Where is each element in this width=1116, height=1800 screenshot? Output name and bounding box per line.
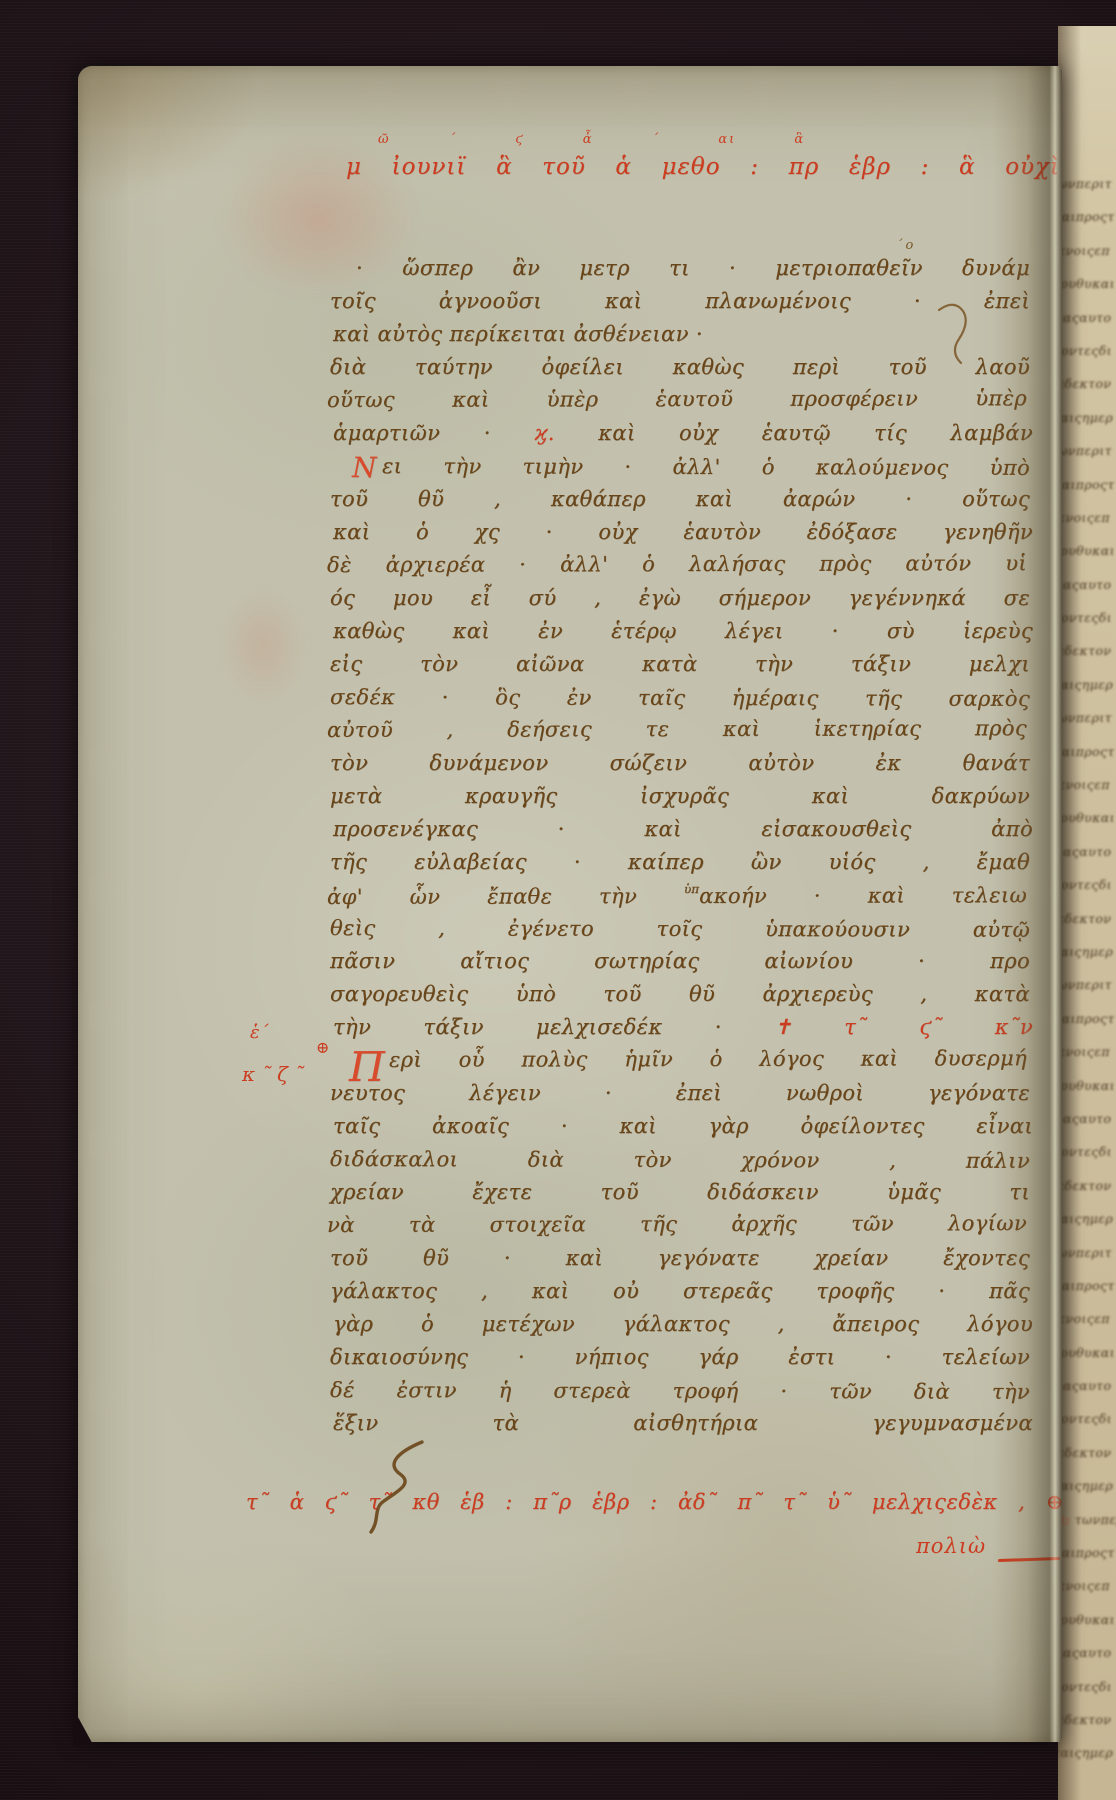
facing-page-line: χοντεςδι — [1058, 1679, 1116, 1712]
facing-page-line: τωνπεριτ — [1058, 977, 1116, 1010]
facing-page-line: καιπροςτ — [1058, 477, 1116, 510]
ink-segment: δέ ἐστιν ἡ στερεὰ τροφή · τῶν διὰ τὴν — [330, 1378, 1030, 1404]
facing-page-line: τουθυκαι — [1058, 810, 1116, 843]
heading-superscripts: ῶ ΄ ϛ ἆ ΄ αι ἃ — [378, 132, 1018, 147]
text-line: τοῦ θῦ , καθάπερ καὶ ἀαρών · οὕτως — [330, 487, 1030, 520]
ink-segment: τὴν τάξιν μελχισεδέκ · — [333, 1015, 774, 1039]
margin-mark-kappa-zeta: κ῀ζ῀ — [242, 1062, 310, 1086]
ink-segment: πᾶσιν αἴτιος σωτηρίας αἰωνίου · προ — [330, 949, 1030, 973]
rubric-segment: ϗ. — [534, 421, 555, 445]
facing-page-line: μενοιςεπ — [1058, 1044, 1116, 1077]
facing-page-line: ςεδεκτον — [1058, 643, 1116, 676]
facing-page-line: πε: τωνπεριτ — [1058, 1512, 1116, 1545]
ink-segment: δικαιοσύνης · νήπιος γάρ ἐστι · τελείων — [330, 1345, 1030, 1369]
facing-page-line: καιπροςτ — [1058, 744, 1116, 777]
text-line: προσενέγκας · καὶ εἰσακουσθεὶς ἀπὸ — [333, 817, 1033, 850]
ink-segment: δὲ ἀρχιερέα · ἀλλ' ὁ λαλήσας πρὸς αὐτόν … — [327, 551, 1027, 577]
facing-page-line: μενοιςεπ — [1058, 1578, 1116, 1611]
ink-segment: ὑπ — [684, 882, 699, 896]
ink-segment: καθὼς καὶ ἐν ἑτέρῳ λέγει · σὺ ἱερεὺς — [333, 619, 1033, 643]
facing-page-line: τωνπεριτ — [1058, 443, 1116, 476]
ink-segment: οὕτως καὶ ὑπὲρ ἑαυτοῦ προσφέρειν ὑπὲρ — [327, 386, 1027, 412]
ink-segment: τοῖς ἀγνοοῦσι καὶ πλανωμένοις · ἐπεὶ — [330, 289, 1030, 313]
ink-segment: εἰς τὸν αἰῶνα κατὰ τὴν τάξιν μελχι — [330, 652, 1030, 676]
facing-page-line: ταιςημερ — [1058, 944, 1116, 977]
facing-page-line: τωνπεριτ — [1058, 710, 1116, 743]
text-line: θεὶς , ἐγένετο τοῖς ὑπακούουσιν αὐτῷ — [330, 916, 1030, 951]
ink-segment: καὶ οὐχ ἑαυτῷ τίς λαμβάν — [555, 421, 1033, 445]
facing-page-line: ταιςημερ — [1058, 1478, 1116, 1511]
text-line: δὲ ἀρχιερέα · ἀλλ' ὁ λαλήσας πρὸς αὐτόν … — [327, 551, 1027, 586]
text-line: νευτος λέγειν · ἐπεὶ νωθροὶ γεγόνατε — [330, 1081, 1030, 1114]
ink-segment: τῆς εὐλαβείας · καίπερ ὢν υἱός , ἔμαθ — [330, 850, 1030, 874]
ink-segment: ἕξιν τὰ αἰσθητήρια γεγυμνασμένα — [333, 1411, 1033, 1435]
facing-page-line: ριαςαυτο — [1058, 1378, 1116, 1411]
ink-segment: τοῦ θῦ · καὶ γεγόνατε χρείαν ἔχοντες — [330, 1246, 1030, 1270]
facing-page-line: τωνπεριτ — [1058, 176, 1116, 209]
margin-note-omicron: ΄ο — [896, 238, 916, 253]
text-line: νὰ τὰ στοιχεῖα τῆς ἀρχῆς τῶν λογίων — [327, 1211, 1027, 1246]
ink-segment: · ὥσπερ ἂν μετρ τι · μετριοπαθεῖν δυνάμ — [356, 256, 1030, 280]
facing-page-line: χοντεςδι — [1058, 343, 1116, 376]
ink-segment: τοῦ θῦ , καθάπερ καὶ ἀαρών · οὕτως — [330, 487, 1030, 511]
text-line: ἀφ' ὧν ἔπαθε τὴν ὑπακοήν · καὶ τελειω — [327, 881, 1027, 916]
ink-segment: ός μου εἶ σύ , ἐγὼ σήμερον γεγέννηκά σε — [330, 586, 1030, 610]
facing-page-line: μενοιςεπ — [1058, 777, 1116, 810]
lection-rubric-line1: τ῀ ἁ ϛ῀ τ῀ κθ ἑβ : π῀ρ ἑβρ : ἀδ῀ π῀ τ῀ ὑ… — [246, 1490, 1064, 1514]
margin-mark-cross-circle-icon: ⊕ — [316, 1038, 329, 1057]
text-line: τῆς εὐλαβείας · καίπερ ὢν υἱός , ἔμαθ — [330, 850, 1030, 883]
text-line: ός μου εἶ σύ , ἐγὼ σήμερον γεγέννηκά σε — [330, 586, 1030, 619]
facing-page-text: τωνπεριτκαιπροςτμενοιςεπτουθυκαιριαςαυτο… — [1058, 176, 1116, 1779]
text-line: σαγορευθεὶς ὑπὸ τοῦ θῦ ἀρχιερεὺς , κατὰ — [330, 982, 1030, 1015]
ink-segment: καὶ αὐτὸς περίκειται ἀσθένειαν · — [333, 322, 703, 346]
facing-page-line: ςεδεκτον — [1058, 376, 1116, 409]
ink-segment: γάλακτος , καὶ οὐ στερεᾶς τροφῆς · πᾶς — [330, 1279, 1030, 1303]
manuscript-page: ῶ ΄ ϛ ἆ ΄ αι ἃ μ ἰουνιϊ ἃ τοῦ ἁ μεθο : π… — [78, 66, 1062, 1742]
text-line: χρείαν ἔχετε τοῦ διδάσκειν ὑμᾶς τι — [330, 1180, 1030, 1213]
facing-page-line: μενοιςεπ — [1058, 243, 1116, 276]
ink-segment: διδάσκαλοι διὰ τὸν χρόνον , πάλιν — [330, 1147, 1030, 1173]
text-line: δέ ἐστιν ἡ στερεὰ τροφή · τῶν διὰ τὴν — [330, 1378, 1030, 1413]
facing-page-line: ταιςημερ — [1058, 410, 1116, 443]
ink-segment: ερὶ οὗ πολὺς ἡμῖν ὁ λόγος καὶ δυσερμή — [389, 1046, 1027, 1072]
text-line: Νει τὴν τιμὴν · ἀλλ' ὁ καλούμενος ὑπὸ — [330, 454, 1030, 489]
facing-page-line: μενοιςεπ — [1058, 1311, 1116, 1344]
text-line: δικαιοσύνης · νήπιος γάρ ἐστι · τελείων — [330, 1345, 1030, 1378]
facing-page-line: ταιςημερ — [1058, 677, 1116, 710]
facing-page-line: χοντεςδι — [1058, 877, 1116, 910]
text-line: διδάσκαλοι διὰ τὸν χρόνον , πάλιν — [330, 1147, 1030, 1182]
ink-segment: ακοήν · καὶ τελειω — [699, 883, 1027, 908]
text-line: τοῖς ἀγνοοῦσι καὶ πλανωμένοις · ἐπεὶ — [330, 289, 1030, 322]
text-line: ἕξιν τὰ αἰσθητήρια γεγυμνασμένα — [333, 1411, 1033, 1444]
facing-page-line: τουθυκαι — [1058, 1345, 1116, 1378]
facing-page-edge: τωνπεριτκαιπροςτμενοιςεπτουθυκαιριαςαυτο… — [1058, 26, 1116, 1800]
ink-segment: μετὰ κραυγῆς ἰσχυρᾶς καὶ δακρύων — [330, 784, 1030, 808]
facing-page-line: καιπροςτ — [1058, 209, 1116, 242]
ink-segment: αὐτοῦ , δεήσεις τε καὶ ἱκετηρίας πρὸς — [327, 716, 1027, 742]
facing-page-line: τουθυκαι — [1058, 543, 1116, 576]
ink-segment: διὰ ταύτην ὀφείλει καθὼς περὶ τοῦ λαοῦ — [330, 355, 1030, 379]
text-line: καὶ ὁ χς · οὐχ ἑαυτὸν ἐδόξασε γενηθῆν — [333, 520, 1033, 553]
main-text-block: · ὥσπερ ἂν μετρ τι · μετριοπαθεῖν δυνάμτ… — [330, 256, 1030, 1444]
facing-page-line: ριαςαυτο — [1058, 844, 1116, 877]
facing-page-line: τωνπεριτ — [1058, 1245, 1116, 1278]
facing-page-line: τουθυκαι — [1058, 1078, 1116, 1111]
text-line: πᾶσιν αἴτιος σωτηρίας αἰωνίου · προ — [330, 949, 1030, 982]
text-line: τὴν τάξιν μελχισεδέκ · ✝ τ῀ ϛ῀ κ῀ν — [333, 1015, 1033, 1048]
facing-page-line: χοντεςδι — [1058, 1411, 1116, 1444]
facing-page-line: τουθυκαι — [1058, 276, 1116, 309]
facing-page-line: χοντεςδι — [1058, 610, 1116, 643]
facing-page-line: καιπροςτ — [1058, 1278, 1116, 1311]
ink-segment: ἀφ' ὧν ἔπαθε τὴν — [327, 884, 684, 909]
facing-page-line: ςεδεκτον — [1058, 911, 1116, 944]
text-line: τοῦ θῦ · καὶ γεγόνατε χρείαν ἔχοντες — [330, 1246, 1030, 1279]
facing-page-line: ριαςαυτο — [1058, 1111, 1116, 1144]
text-line: ταῖς ἀκοαῖς · καὶ γὰρ ὀφείλοντες εἶναι — [333, 1114, 1033, 1147]
ink-segment: θεὶς , ἐγένετο τοῖς ὑπακούουσιν αὐτῷ — [330, 916, 1030, 942]
text-line: εἰς τὸν αἰῶνα κατὰ τὴν τάξιν μελχι — [330, 652, 1030, 685]
text-line: οὕτως καὶ ὑπὲρ ἑαυτοῦ προσφέρειν ὑπὲρ — [327, 386, 1027, 421]
torn-corner-notch — [73, 1708, 93, 1746]
ink-segment: γὰρ ὁ μετέχων γάλακτος , ἄπειρος λόγου — [333, 1312, 1033, 1336]
ink-segment: χρείαν ἔχετε τοῦ διδάσκειν ὑμᾶς τι — [330, 1180, 1030, 1204]
text-line: καὶ αὐτὸς περίκειται ἀσθένειαν · — [333, 322, 1033, 355]
ink-segment: προσενέγκας · καὶ εἰσακουσθεὶς ἀπὸ — [333, 817, 1033, 841]
lection-rubric-line2: πολιὼ — [916, 1534, 986, 1558]
facing-page-line: ταιςημερ — [1058, 1745, 1116, 1778]
margin-mark-epsilon: ἑ´ — [250, 1022, 269, 1043]
rubric-heading: μ ἰουνιϊ ἃ τοῦ ἁ μεθο : πρ ἑβρ : ἃ οὐχὶ — [346, 154, 1060, 180]
text-line: καθὼς καὶ ἐν ἑτέρῳ λέγει · σὺ ἱερεὺς — [333, 619, 1033, 652]
ink-segment: ἁμαρτιῶν · — [333, 421, 534, 445]
text-line: τὸν δυνάμενον σώζειν αὐτὸν ἐκ θανάτ — [330, 751, 1030, 784]
page-curl-shadow — [992, 66, 1062, 1742]
text-line: ἁμαρτιῶν · ϗ. καὶ οὐχ ἑαυτῷ τίς λαμβάν — [333, 421, 1033, 454]
facing-page-line: καιπροςτ — [1058, 1011, 1116, 1044]
facing-page-line: μενοιςεπ — [1058, 510, 1116, 543]
text-line: διὰ ταύτην ὀφείλει καθὼς περὶ τοῦ λαοῦ — [330, 355, 1030, 388]
red-offset-stain-small — [218, 586, 308, 706]
text-line: γάλακτος , καὶ οὐ στερεᾶς τροφῆς · πᾶς — [330, 1279, 1030, 1312]
ink-segment: ταῖς ἀκοαῖς · καὶ γὰρ ὀφείλοντες εἶναι — [333, 1114, 1033, 1138]
text-line: σεδέκ · ὃς ἐν ταῖς ἡμέραις τῆς σαρκὸς — [330, 685, 1030, 720]
facing-page-line: ςεδεκτον — [1058, 1445, 1116, 1478]
facing-page-line: ςεδεκτον — [1058, 1712, 1116, 1745]
manuscript-photo: τωνπεριτκαιπροςτμενοιςεπτουθυκαιριαςαυτο… — [0, 0, 1116, 1800]
text-line: Περὶ οὗ πολὺς ἡμῖν ὁ λόγος καὶ δυσερμή — [327, 1046, 1027, 1081]
facing-page-line: τουθυκαι — [1058, 1612, 1116, 1645]
ink-segment: νευτος λέγειν · ἐπεὶ νωθροὶ γεγόνατε — [330, 1081, 1030, 1105]
text-line: αὐτοῦ , δεήσεις τε καὶ ἱκετηρίας πρὸς — [327, 716, 1027, 751]
facing-page-line: ριαςαυτο — [1058, 310, 1116, 343]
facing-page-line: ςεδεκτον — [1058, 1178, 1116, 1211]
rubricated-initial: Ν — [352, 451, 377, 484]
ink-segment: τὸν δυνάμενον σώζειν αὐτὸν ἐκ θανάτ — [330, 751, 1030, 775]
text-line: γὰρ ὁ μετέχων γάλακτος , ἄπειρος λόγου — [333, 1312, 1033, 1345]
facing-page-line: ριαςαυτο — [1058, 1645, 1116, 1678]
ink-segment: σεδέκ · ὃς ἐν ταῖς ἡμέραις τῆς σαρκὸς — [330, 685, 1030, 711]
facing-page-line: χοντεςδι — [1058, 1144, 1116, 1177]
text-line: μετὰ κραυγῆς ἰσχυρᾶς καὶ δακρύων — [330, 784, 1030, 817]
facing-page-line: ριαςαυτο — [1058, 577, 1116, 610]
ink-segment: καὶ ὁ χς · οὐχ ἑαυτὸν ἐδόξασε γενηθῆν — [333, 520, 1033, 544]
facing-page-line: ταιςημερ — [1058, 1211, 1116, 1244]
ink-segment: σαγορευθεὶς ὑπὸ τοῦ θῦ ἀρχιερεὺς , κατὰ — [330, 982, 1030, 1006]
text-line: · ὥσπερ ἂν μετρ τι · μετριοπαθεῖν δυνάμ — [330, 256, 1030, 289]
ink-segment: νὰ τὰ στοιχεῖα τῆς ἀρχῆς τῶν λογίων — [327, 1211, 1027, 1237]
facing-page-line: καιπροςτ — [1058, 1545, 1116, 1578]
ink-segment: ει τὴν τιμὴν · ἀλλ' ὁ καλούμενος ὑπὸ — [382, 454, 1030, 480]
